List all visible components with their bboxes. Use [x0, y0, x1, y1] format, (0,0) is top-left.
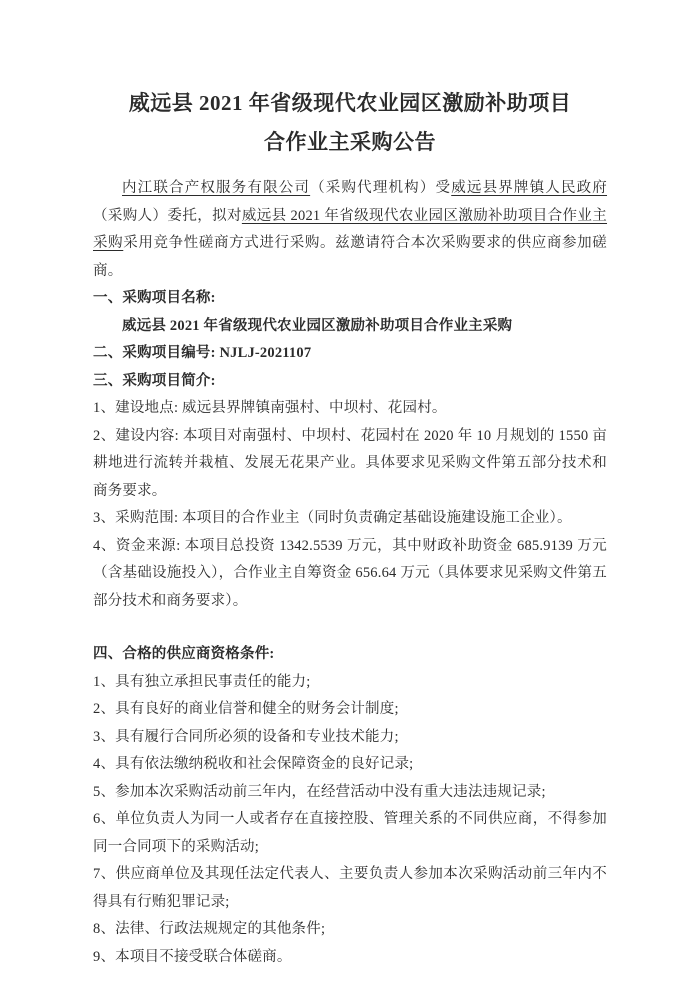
section-3-item-4: 4、资金来源: 本项目总投资 1342.5539 万元，其中财政补助资金 685…: [93, 533, 607, 616]
section-4-heading: 四、合格的供应商资格条件:: [93, 641, 607, 669]
project-name-line: 威远县 2021 年省级现代农业园区激励补助项目合作业主采购: [93, 313, 607, 341]
intro-paragraph: 内江联合产权服务有限公司（采购代理机构）受威远县界牌镇人民政府（采购人）委托，拟…: [93, 175, 607, 285]
section-4-item-4: 4、具有依法缴纳税收和社会保障资金的良好记录;: [93, 751, 607, 779]
section-4-item-9: 9、本项目不接受联合体磋商。: [93, 944, 607, 972]
section-1-heading: 一、采购项目名称:: [93, 285, 607, 313]
section-4-item-8: 8、法律、行政法规规定的其他条件;: [93, 916, 607, 944]
section-4-item-5: 5、参加本次采购活动前三年内，在经营活动中没有重大违法违规记录;: [93, 779, 607, 807]
section-3-item-3: 3、采购范围: 本项目的合作业主（同时负责确定基础设施建设施工企业）。: [93, 505, 607, 533]
intro-segment: （采购人）委托，拟对: [93, 208, 242, 224]
purchaser-name: 威远县界牌镇人民政府: [451, 180, 607, 196]
section-4-item-2: 2、具有良好的商业信誉和健全的财务会计制度;: [93, 696, 607, 724]
section-2-label: 二、采购项目编号:: [93, 345, 219, 361]
intro-segment: 采用竞争性磋商方式进行采购。兹邀请符合本次采购要求的供应商参加磋商。: [93, 235, 607, 279]
section-4-item-7: 7、供应商单位及其现任法定代表人、主要负责人参加本次采购活动前三年内不得具有行贿…: [93, 861, 607, 916]
project-number: NJLJ-2021107: [219, 345, 311, 361]
procurement-announcement-document: 威远县 2021 年省级现代农业园区激励补助项目 合作业主采购公告 内江联合产权…: [0, 0, 700, 989]
section-3-heading: 三、采购项目简介:: [93, 368, 607, 396]
section-4-item-3: 3、具有履行合同所必须的设备和专业技术能力;: [93, 724, 607, 752]
document-title-line-1: 威远县 2021 年省级现代农业园区激励补助项目: [93, 84, 607, 123]
intro-segment: （采购代理机构）受: [310, 180, 451, 196]
section-4-item-6: 6、单位负责人为同一人或者存在直接控股、管理关系的不同供应商，不得参加同一合同项…: [93, 806, 607, 861]
section-4-item-1: 1、具有独立承担民事责任的能力;: [93, 669, 607, 697]
section-3-item-1: 1、建设地点: 威远县界牌镇南强村、中坝村、花园村。: [93, 395, 607, 423]
document-title-line-2: 合作业主采购公告: [93, 123, 607, 162]
procurement-agency-name: 内江联合产权服务有限公司: [122, 180, 310, 196]
section-2-heading: 二、采购项目编号: NJLJ-2021107: [93, 340, 607, 368]
document-title: 威远县 2021 年省级现代农业园区激励补助项目 合作业主采购公告: [93, 84, 607, 162]
section-3-item-2: 2、建设内容: 本项目对南强村、中坝村、花园村在 2020 年 10 月规划的 …: [93, 423, 607, 506]
